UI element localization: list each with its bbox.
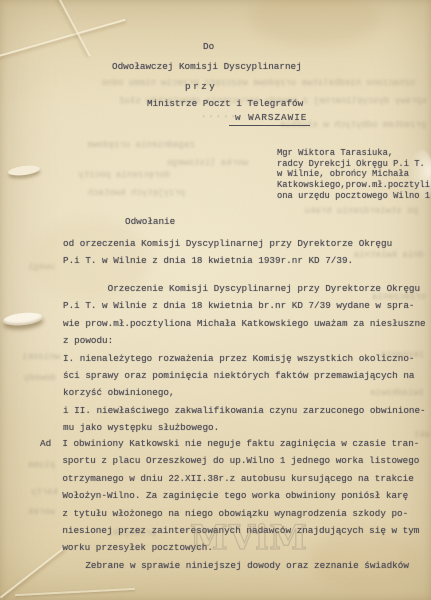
crease-bottom [15,588,135,596]
recipient-block: Mgr Wiktora Tarasiuka,radcy Dyrekcji Okr… [277,148,430,202]
bleedthrough-text: po stwierdzeniu braku [248,206,418,216]
bleedthrough-text: oznaczono niedbalstwa urzędowe wszczęto … [55,78,415,88]
text-line: P.i T. w Wilnie z dnia 18 kwietnia 1939r… [63,252,392,269]
text-line: Wołożyn-Wilno. Za zaginięcie tego worka … [40,487,419,504]
text-line: i II. niewłaściwego zakwalifikowania czy… [63,402,426,419]
crease-top-left-2 [56,0,91,57]
text-line: z powodu: [63,332,426,349]
text-line: radcy Dyrekcji Okręgu P.i T. [277,159,430,170]
paper-tear-left-lower [2,311,43,327]
text-line: Zebrane w sprawie niniejszej dowody oraz… [63,557,409,574]
paper-tear-left-upper [8,164,41,177]
text-line: ści sprawy oraz pominięcia niektórych fa… [63,367,426,384]
bleedthrough-text: uwagi [0,262,55,272]
text-line: Ad I obwiniony Katkowski nie neguje fakt… [40,435,419,452]
text-line: wie prow.mł.pocztyliona Michała Katkowsk… [63,315,426,332]
text-line: ona urzędu pocztowego Wilno 1 [277,191,430,202]
header-przy: przy [185,82,217,92]
text-line: Mgr Wiktora Tarasiuka, [277,148,430,159]
paragraph-closing: Zebrane w sprawie niniejszej dowody oraz… [63,557,409,574]
text-line: od orzeczenia Komisji Dyscyplinarnej prz… [63,235,392,252]
paragraph-intro: od orzeczenia Komisji Dyscyplinarnej prz… [63,235,392,270]
text-line: sportu z placu Orzeszkowej do up.Wilno 1… [40,452,419,469]
document-title: Odwołanie [125,216,175,227]
bleedthrough-text: wnioski [0,352,60,362]
paragraph-ad1: Ad I obwiniony Katkowski nie neguje fakt… [40,435,419,557]
text-line: P.i T. w Wilnie z dnia 18 kwietnia br.nr… [63,297,426,314]
text-line: korzyść obwinionego, [63,384,426,401]
text-line: worku przesyłek pocztowych. [40,539,419,556]
paragraph-main: Orzeczenie Komisji Dyscyplinarnej przy D… [63,280,426,437]
bleedthrough-text: worka listowego [128,158,248,168]
text-line: niesionej przez zainteresowanych nadawcó… [40,522,419,539]
bleedthrough-text: doręczenia poczty [40,170,170,180]
header-addressee: Odwoławczej Komisji Dyscyplinarnej [112,62,302,72]
text-line: z tytułu włożonego na niego obowiązku wy… [40,505,419,522]
text-line: I. nienależytego rozważenia przez Komisj… [63,350,426,367]
text-line: Katkowskiego,prow.mł.pocztyli [277,180,430,191]
crease-top-left [0,19,126,60]
bleedthrough-text: zagadnienia urzędowe [45,140,195,150]
header-city-underlined: w WARSZAWIE [229,113,310,126]
paper-stain [250,0,380,45]
header-do: Do [203,42,214,52]
header-minister: Ministrze Poczt i Telegrafów [147,99,303,109]
text-line: Orzeczenie Komisji Dyscyplinarnej przy D… [63,280,426,297]
scanned-document-page: oznaczono niedbalstwa urzędowe wszczęto … [0,0,431,600]
text-line: w Wilnie, obrońcy Michała [277,169,430,180]
bleedthrough-text: dowody [0,373,56,383]
text-line: otrzymanego w dniu 22.XII.38r.z autobusu… [40,470,419,487]
bleedthrough-text: przyjętych kwotach [45,188,185,198]
